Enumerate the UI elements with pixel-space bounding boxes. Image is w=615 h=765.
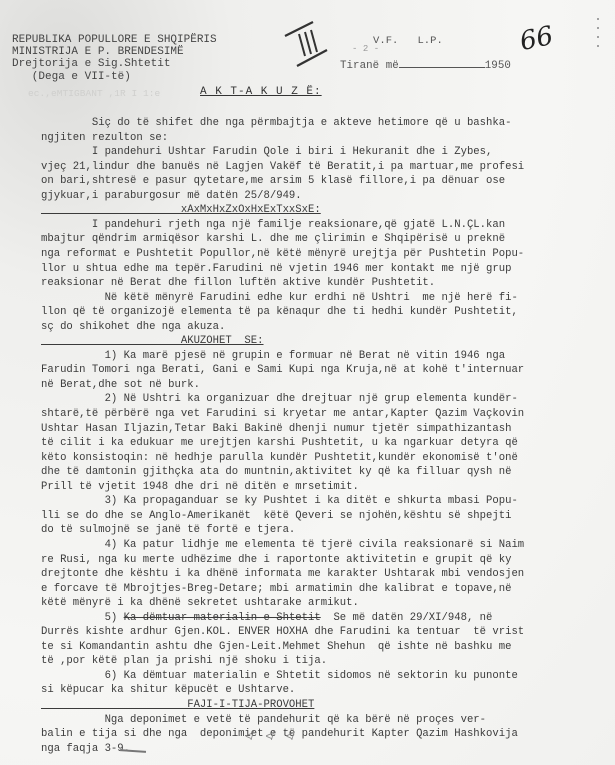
body-line: të ,por këtë plan ja prishi një shoku i … [41,655,327,667]
letterhead: REPUBLIKA POPULLORE E SHQIPËRIS MINISTRI… [12,34,217,83]
body-line: 2) Në Ushtri ka organizuar dhe drejtuar … [41,393,518,405]
body-line: në Berat,dhe sot në burk. [41,379,200,391]
body-line: 3) Ka propaganduar se ky Pushtet i ka di… [41,495,518,507]
body-line: ngjiten rezulton se: [41,132,168,144]
body-line: I pandehuri rjeth nga një familje reaksi… [41,219,505,231]
body-line: llon që të organizojë elementa të pa kën… [41,306,518,318]
body-line: 5) Ka dëmtuar materialin e Shtetit Se më… [41,612,492,624]
binding-holes [597,18,600,54]
body-line: mbajtur qëndrim armiqësor karshi L. dhe … [41,233,505,245]
body-line: 4) Ka patur lidhje me elementa të tjerë … [41,539,524,551]
reference-label: V.F. L.P. [373,34,443,49]
body-line: te si Komandantin ashtu dhe Gjen-Leit.Me… [41,641,511,653]
classification-stamp-icon [283,20,331,70]
section-heading: FAJI-I-TIJA-PROVOHET [41,699,314,711]
body-line: vjeç 21,lindur dhe banuës në Lagjen Vakë… [41,161,524,173]
body-line: do të sulmojnë se janë të fortë e tjera. [41,524,295,536]
body-line: Në këtë mënyrë Farudini edhe kur erdhi n… [41,292,518,304]
document-title: A K T-A K U Z Ë: [200,85,322,100]
year: 1950 [485,60,511,72]
struck-out-text: Ka dëmtuar materialin e Shtetit [124,612,321,624]
letterhead-line: Drejtorija e Sig.Shtetit [12,58,217,70]
letterhead-line: MINISTRIJA E P. BRENDESIMË [12,46,217,58]
body-line: Ushtar Hasan Iljazin,Tetar Baki Bakinë d… [41,423,511,435]
body-line: re Rusi, nga ku merte udhëzime dhe i rap… [41,554,511,566]
body-line: 1) Ka marë pjesë në grupin e formuar në … [41,350,505,362]
body-line: gjykuar,i paraburgosur më datën 25/8/949… [41,190,302,202]
body-line: llor u shtua edhe ma tepër.Farudini në v… [41,263,511,275]
body-line: I pandehuri Ushtar Farudin Qole i biri i… [41,146,492,158]
body-line: e forcave të Mbrojtjes-Breg-Detare; mbi … [41,583,511,595]
body-line: Durrës kishte ardhur Gjen.KOL. ENVER HOX… [41,626,524,638]
body-line: reaksionar në Berat dhe fillon luftën ak… [41,277,435,289]
handwritten-number: 66 [517,21,556,57]
place-date-line: Tiranë më1950 [340,57,511,74]
body-line: shtarë,të përbërë nga vet Farudini si kr… [41,408,524,420]
section-heading: AKUZOHET SE: [41,335,264,347]
letterhead-line: REPUBLIKA POPULLORE E SHQIPËRIS [12,34,217,46]
body-line: Prill të vjetit 1948 dhe dri në ditën e … [41,481,359,493]
body-line: Siç do të shifet dhe nga përmbajtja e ak… [41,117,511,129]
body-line: nga faqja 3-9. [41,743,130,755]
letterhead-line: (Dega e VII-të) [12,71,217,83]
body-line: këtë mënyrë i ka dhënë sekretet ushtarak… [41,597,359,609]
body-line: lli se do dhe se Anglo-Amerikanët këtë Q… [41,510,511,522]
body-line: drejtonte dhe kështu i ka dhënë informat… [41,568,524,580]
section-heading: xAxMxHxZxOxHxExTxxSxE: [41,204,321,216]
bleed-through-text: ec.,eMTIGBANT ,1R I 1:e [28,86,160,101]
body-line: si këpucar ka shitur këpucët e Ushtarve. [41,684,295,696]
body-line: 6) Ka dëmtuar materialin e Shtetit sidom… [41,670,518,682]
scanned-document-page: REPUBLIKA POPULLORE E SHQIPËRIS MINISTRI… [0,0,615,765]
body-line: të cilit i ka edukuar me urejtjen karshi… [41,437,518,449]
place-date-prefix: Tiranë më [340,60,399,72]
date-blank [399,57,485,68]
body-line: sç do shikohet dhe nga akuza. [41,321,225,333]
body-line: këto konsistoqin: në hedhje parulla kund… [41,452,518,464]
footer-marks: ≮ ≮ ≮ [245,730,296,744]
body-line: on bari,shtresë e pasur qytetare,me arsi… [41,175,505,187]
body-line: dhe të damtonin gjithçka ata do muntnin,… [41,466,511,478]
body-line: Farudin Tomori nga Berati, Gani e Sami K… [41,364,524,376]
body-line: nga reformat e Pushtetit Popullor,në kët… [41,248,524,260]
body-line: Nga deponimet e vetë të pandehurit që ka… [41,714,486,726]
